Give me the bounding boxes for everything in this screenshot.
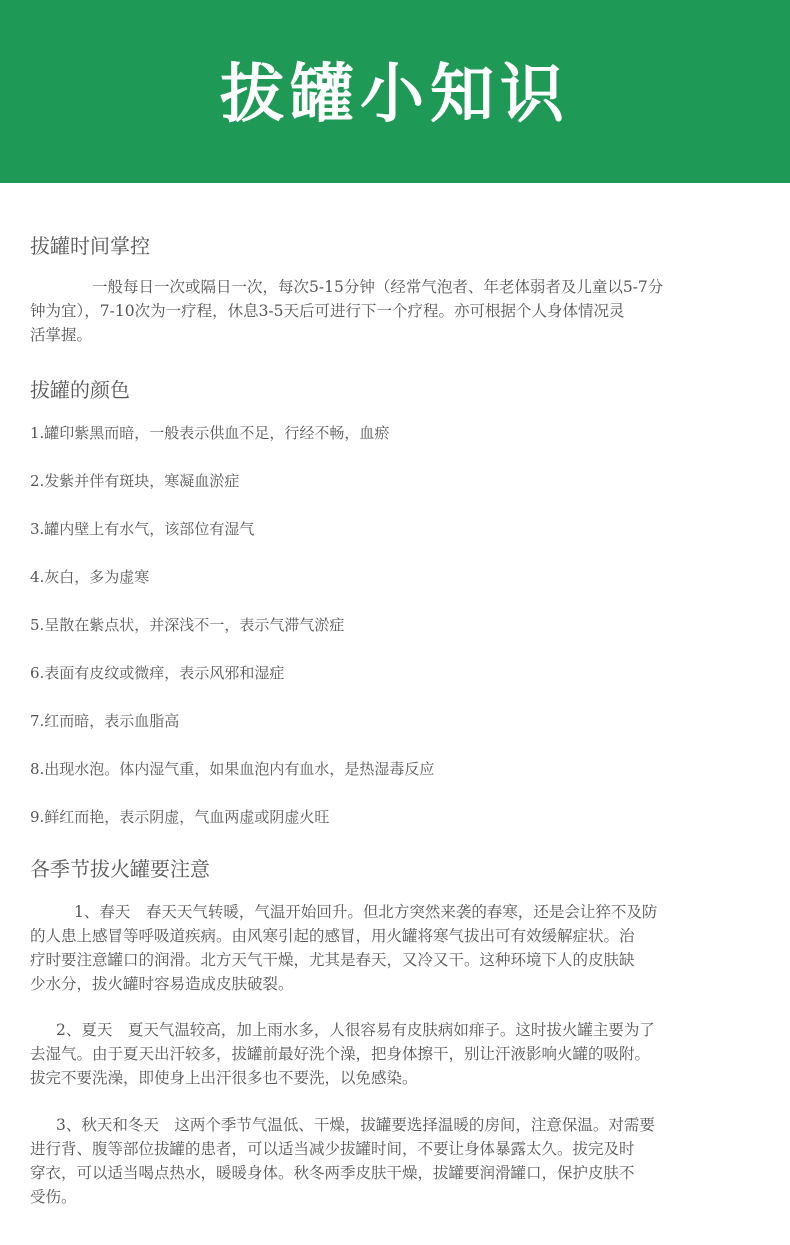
- season-line: 少水分，拔火罐时容易造成皮肤破裂。: [30, 972, 755, 996]
- season-line: 穿衣，可以适当喝点热水，暖暖身体。秋冬两季皮肤干燥，拔罐要润滑罐口，保护皮肤不: [30, 1161, 755, 1185]
- timing-line: 活掌握。: [30, 323, 755, 347]
- section-heading-colors: 拔罐的颜色: [30, 374, 130, 403]
- season-paragraph-summer: 2、夏天 夏天气温较高，加上雨水多，人很容易有皮肤病如痱子。这时拔火罐主要为了 …: [30, 1018, 755, 1090]
- color-list-item: 7.红而暗，表示血脂高: [30, 710, 179, 731]
- color-list-item: 9.鲜红而艳，表示阴虚，气血两虚或阴虚火旺: [30, 806, 329, 827]
- color-list-item: 6.表面有皮纹或微痒，表示风邪和湿症: [30, 662, 284, 683]
- season-line: 疗时要注意罐口的润滑。北方天气干燥，尤其是春天，又冷又干。这种环境下人的皮肤缺: [30, 948, 755, 972]
- page-title: 拔罐小知识: [220, 43, 570, 135]
- color-list-item: 4.灰白，多为虚寒: [30, 566, 149, 587]
- season-paragraph-spring: 1、春天 春天天气转暖，气温开始回升。但北方突然来袭的春寒，还是会让猝不及防 的…: [30, 900, 755, 996]
- season-line: 拔完不要洗澡，即使身上出汗很多也不要洗，以免感染。: [30, 1066, 755, 1090]
- timing-paragraph: 一般每日一次或隔日一次，每次5-15分钟（经常气泡者、年老体弱者及儿童以5-7分…: [30, 275, 755, 347]
- color-list-item: 2.发紫并伴有斑块，寒凝血淤症: [30, 470, 239, 491]
- season-line: 2、夏天 夏天气温较高，加上雨水多，人很容易有皮肤病如痱子。这时拔火罐主要为了: [30, 1018, 755, 1042]
- color-list-item: 8.出现水泡。体内湿气重，如果血泡内有血水，是热湿毒反应: [30, 758, 434, 779]
- color-list-item: 1.罐印紫黑而暗，一般表示供血不足，行经不畅，血瘀: [30, 422, 389, 443]
- season-line: 3、秋天和冬天 这两个季节气温低、干燥，拔罐要选择温暖的房间，注意保温。对需要: [30, 1113, 755, 1137]
- season-line: 去湿气。由于夏天出汗较多，拔罐前最好洗个澡，把身体擦干，别让汗液影响火罐的吸附。: [30, 1042, 755, 1066]
- timing-line: 钟为宜），7-10次为一疗程，休息3-5天后可进行下一个疗程。亦可根据个人身体情…: [30, 299, 755, 323]
- title-banner: 拔罐小知识: [0, 0, 790, 183]
- season-line: 的人患上感冒等呼吸道疾病。由风寒引起的感冒，用火罐将寒气拔出可有效缓解症状。治: [30, 924, 755, 948]
- season-line: 1、春天 春天天气转暖，气温开始回升。但北方突然来袭的春寒，还是会让猝不及防: [30, 900, 755, 924]
- section-heading-seasons: 各季节拔火罐要注意: [30, 853, 210, 882]
- season-paragraph-autumn-winter: 3、秋天和冬天 这两个季节气温低、干燥，拔罐要选择温暖的房间，注意保温。对需要 …: [30, 1113, 755, 1209]
- color-list-item: 5.呈散在紫点状，并深浅不一，表示气滞气淤症: [30, 614, 344, 635]
- section-heading-timing: 拔罐时间掌控: [30, 230, 150, 259]
- season-line: 进行背、腹等部位拔罐的患者，可以适当减少拔罐时间，不要让身体暴露太久。拔完及时: [30, 1137, 755, 1161]
- season-line: 受伤。: [30, 1185, 755, 1209]
- color-list-item: 3.罐内壁上有水气，该部位有湿气: [30, 518, 254, 539]
- timing-line: 一般每日一次或隔日一次，每次5-15分钟（经常气泡者、年老体弱者及儿童以5-7分: [30, 275, 755, 299]
